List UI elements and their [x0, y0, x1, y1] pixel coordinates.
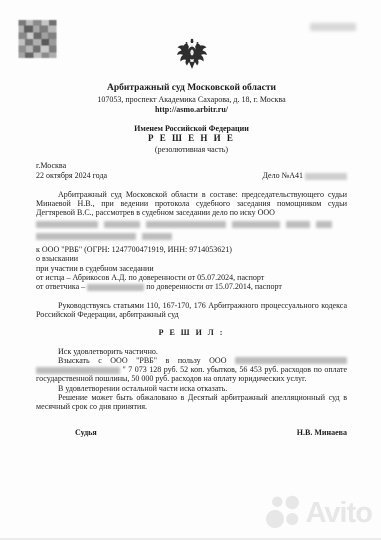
redacted-top-right-label: [310, 23, 356, 31]
document-type-heading: Р Е Ш Е Н И Е: [36, 134, 347, 143]
decision-remainder-denied: В удовлетворении остальной части иска от…: [36, 384, 347, 393]
russian-coat-of-arms-icon: [177, 38, 207, 72]
claim-line: о взыскании: [36, 254, 347, 263]
defendant-rep-suffix: по доверенности от 15.07.2014, паспорт: [146, 282, 282, 291]
meta-row: г.Москва 22 октября 2024 года Дело №А41: [36, 160, 347, 181]
court-address: 107053, проспект Академика Сахарова, д. …: [36, 95, 347, 104]
signature-row: Судья Н.В. Минаева: [36, 428, 347, 437]
city-date-block: г.Москва 22 октября 2024 года: [36, 160, 107, 181]
decision-recovery-paragraph: Взыскать с ООО "РВБ" в пользу ООО " 7 07…: [36, 356, 347, 384]
document-subtype: (резолютивная часть): [36, 145, 347, 154]
avito-logo-icon: [266, 494, 302, 532]
document-body: Арбитражный суд Московской области 10705…: [36, 36, 347, 437]
defendant-representative-line: от ответчика – по доверенности от 15.07.…: [36, 282, 347, 291]
avito-watermark-text: Avito: [306, 499, 372, 528]
date-line: 22 октября 2024 года: [36, 171, 107, 180]
city-line: г.Москва: [36, 161, 107, 170]
ruling-basis-paragraph: Руководствуясь статьями 110, 167-170, 17…: [36, 301, 347, 320]
case-number-label: Дело №А41: [262, 171, 303, 180]
avito-watermark: Avito: [266, 494, 372, 532]
judge-name: Н.В. Минаева: [297, 428, 347, 437]
in-the-name-line: Именем Российской Федерации: [36, 124, 347, 133]
court-composition-paragraph: Арбитражный суд Московской области в сос…: [36, 190, 347, 218]
decision-partial-satisfaction: Иск удовлетворить частично.: [36, 347, 347, 356]
participation-line: при участии в судебном заседании: [36, 264, 347, 273]
redacted-defendant-representative: [87, 284, 144, 291]
resolved-heading: Р Е Ш И Л :: [36, 328, 347, 337]
court-website: http://asmo.arbitr.ru/: [36, 105, 347, 114]
court-decision-document: Арбитражный суд Московской области 10705…: [0, 0, 381, 540]
decision-recovery-prefix: Взыскать с ООО "РВБ" в пользу ООО: [58, 356, 226, 365]
redacted-case-number: [305, 173, 347, 180]
appeal-paragraph: Решение может быть обжаловано в Десятый …: [36, 393, 347, 412]
redacted-plaintiff-line-1: [36, 220, 347, 229]
judge-label: Судья: [75, 428, 97, 437]
crest-wrap: [36, 38, 347, 74]
redacted-plaintiff-name-2: [36, 367, 120, 374]
redacted-plaintiff-line-2: [36, 231, 347, 240]
redacted-plaintiff-name-1: [235, 357, 347, 364]
defendant-line: к ООО "РВБ" (ОГРН: 1247700471919, ИНН: 9…: [36, 245, 347, 254]
plaintiff-representative-line: от истца – Абрикосов А.Д. по доверенност…: [36, 273, 347, 282]
case-number-row: Дело №А41: [262, 171, 347, 180]
defendant-rep-prefix: от ответчика –: [36, 282, 85, 291]
court-name: Арбитражный суд Московской области: [36, 84, 347, 93]
